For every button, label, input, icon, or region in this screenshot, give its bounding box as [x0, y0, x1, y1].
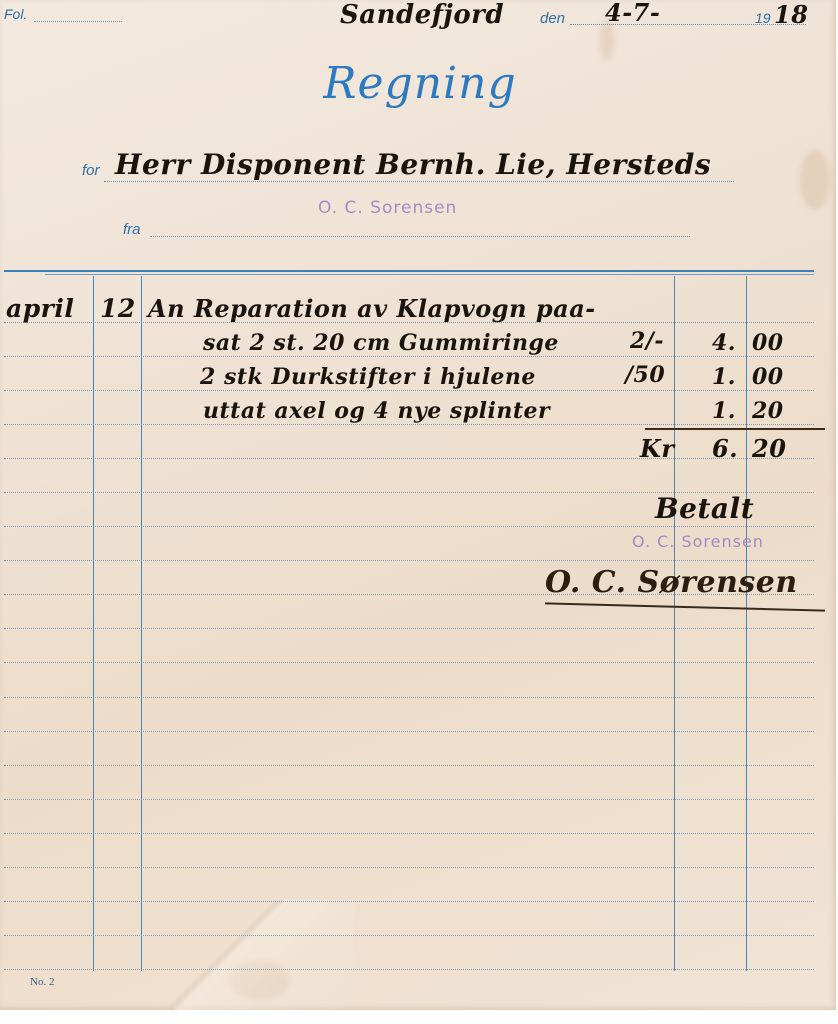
entry-description: An Reparation av Klapvogn paa-: [148, 294, 596, 323]
row-rule: [4, 526, 814, 527]
row-rule: [4, 560, 814, 561]
sender-stamp: O. C. Sorensen: [318, 198, 457, 218]
fra-dotted-line: [150, 236, 690, 237]
fol-dotted-line: [34, 21, 122, 22]
entry-description: 2 stk Durkstifter i hjulene: [200, 364, 536, 390]
row-rule: [4, 765, 814, 766]
row-rule: [4, 662, 814, 663]
row-rule: [4, 935, 814, 936]
signature-underline: [545, 602, 825, 611]
recipient-name: Herr Disponent Bernh. Lie, Hersteds: [115, 148, 711, 181]
entry-kroner: 1.: [712, 398, 736, 424]
ink-stain: [800, 150, 830, 210]
year-suffix: 18: [774, 0, 808, 29]
table-top-rule: [4, 270, 814, 272]
entry-description: uttat axel og 4 nye splinter: [203, 398, 550, 424]
row-rule: [4, 901, 814, 902]
row-rule: [4, 458, 814, 459]
row-rule: [4, 833, 814, 834]
row-rule: [4, 424, 814, 425]
signature: O. C. Sørensen: [545, 565, 798, 600]
place-name: Sandefjord: [340, 0, 504, 30]
total-ore: 20: [752, 434, 786, 463]
year-prefix: 19: [755, 10, 771, 26]
row-rule: [4, 628, 814, 629]
row-rule: [4, 356, 814, 357]
entry-ore: 00: [752, 330, 784, 356]
entry-ore: 00: [752, 364, 784, 390]
den-label: den: [540, 10, 565, 27]
fra-label: fra: [123, 221, 141, 238]
form-number: No. 2: [30, 976, 54, 988]
entry-day: 12: [100, 294, 136, 323]
total-underline: [645, 428, 825, 430]
entry-kroner: 4.: [712, 330, 736, 356]
fol-label: Fol.: [4, 6, 27, 22]
entry-unit-price: /50: [625, 362, 665, 388]
table-top-rule-thin: [45, 274, 814, 275]
entry-month: april: [6, 294, 74, 323]
entry-description: sat 2 st. 20 cm Gummiringe: [203, 330, 559, 356]
for-label: for: [82, 162, 100, 179]
date-value: 4-7-: [605, 0, 660, 27]
paid-stamp: O. C. Sorensen: [632, 532, 764, 551]
row-rule: [4, 390, 814, 391]
row-rule: [4, 697, 814, 698]
row-rule: [4, 969, 814, 970]
paper-fold: [95, 900, 355, 1010]
entry-kroner: 1.: [712, 364, 736, 390]
total-kroner: 6.: [712, 434, 738, 463]
entry-unit-price: 2/-: [630, 328, 664, 354]
page-title: Regning: [300, 58, 540, 109]
paid-label: Betalt: [655, 492, 754, 525]
row-rule: [4, 731, 814, 732]
total-label: Kr: [640, 434, 675, 463]
row-rule: [4, 867, 814, 868]
entry-ore: 20: [752, 398, 784, 424]
row-rule: [4, 799, 814, 800]
invoice-paper: Fol. Sandefjord den 4-7- 19 18 Regning f…: [0, 0, 836, 1010]
water-stain: [230, 960, 290, 1000]
for-dotted-line: [104, 181, 734, 182]
